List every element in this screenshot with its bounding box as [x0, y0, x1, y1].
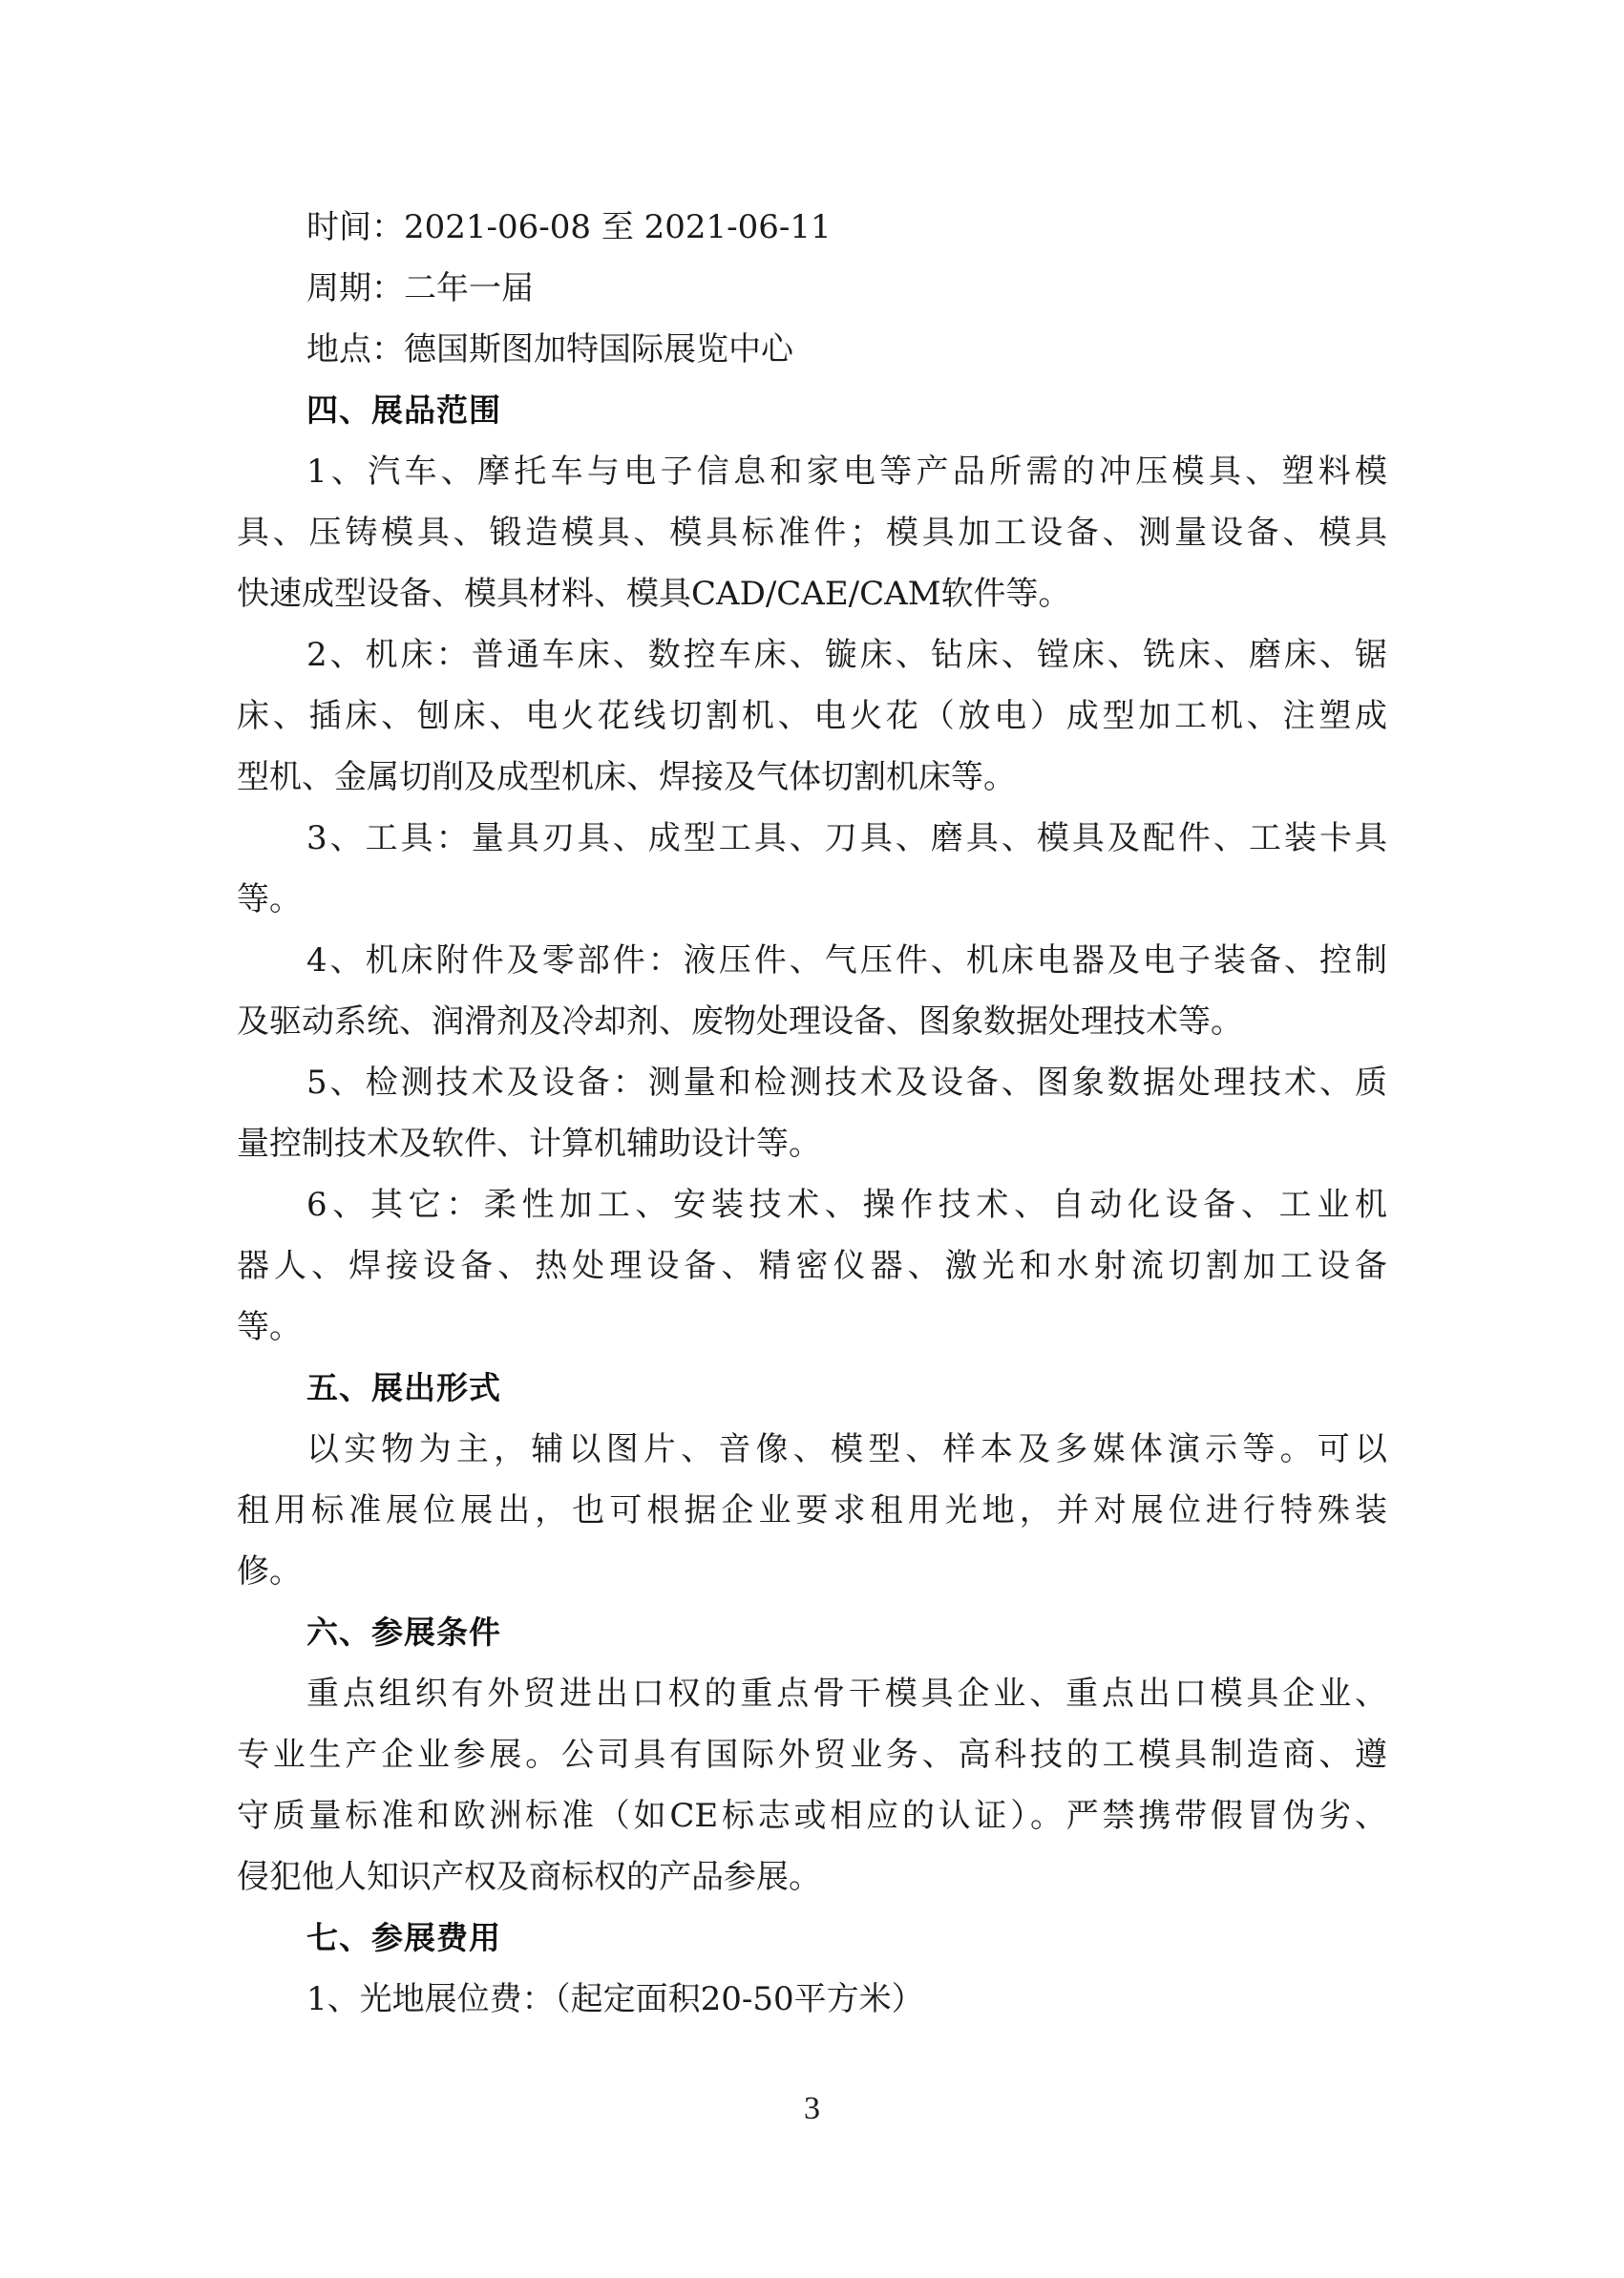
section-heading-exhibit-scope: 四、展品范围: [237, 380, 1387, 441]
paragraph-line: 守质量标准和欧洲标准（如CE标志或相应的认证）。严禁携带假冒伪劣、: [237, 1785, 1387, 1846]
paragraph-line: 侵犯他人知识产权及商标权的产品参展。: [237, 1846, 1387, 1908]
paragraph-line: 1、光地展位费：（起定面积20-50平方米）: [237, 1969, 1387, 2030]
event-time: 时间：2021-06-08 至 2021-06-11: [237, 197, 1387, 258]
paragraph-line: 1、汽车、摩托车与电子信息和家电等产品所需的冲压模具、塑料模: [237, 441, 1387, 502]
paragraph-line: 专业生产企业参展。公司具有国际外贸业务、高科技的工模具制造商、遵: [237, 1724, 1387, 1785]
paragraph-line: 2、机床：普通车床、数控车床、镟床、钻床、镗床、铣床、磨床、锯: [237, 624, 1387, 686]
page-number: 3: [0, 2091, 1624, 2127]
paragraph-line: 重点组织有外贸进出口权的重点骨干模具企业、重点出口模具企业、: [237, 1663, 1387, 1724]
paragraph-line: 5、检测技术及设备：测量和检测技术及设备、图象数据处理技术、质: [237, 1052, 1387, 1113]
section-heading-participation-fees: 七、参展费用: [237, 1908, 1387, 1969]
paragraph-line: 以实物为主，辅以图片、音像、模型、样本及多媒体演示等。可以: [237, 1419, 1387, 1480]
paragraph-line: 具、压铸模具、锻造模具、模具标准件；模具加工设备、测量设备、模具: [237, 502, 1387, 563]
event-cycle: 周期：二年一届: [237, 258, 1387, 319]
paragraph-line: 及驱动系统、润滑剂及冷却剂、废物处理设备、图象数据处理技术等。: [237, 991, 1387, 1052]
event-location: 地点：德国斯图加特国际展览中心: [237, 319, 1387, 380]
paragraph-line: 等。: [237, 1297, 1387, 1358]
section-heading-exhibit-form: 五、展出形式: [237, 1358, 1387, 1419]
paragraph-line: 快速成型设备、模具材料、模具CAD/CAE/CAM软件等。: [237, 563, 1387, 624]
paragraph-line: 3、工具：量具刃具、成型工具、刀具、磨具、模具及配件、工装卡具: [237, 808, 1387, 869]
paragraph-line: 6、其它：柔性加工、安装技术、操作技术、自动化设备、工业机: [237, 1174, 1387, 1235]
paragraph-line: 型机、金属切削及成型机床、焊接及气体切割机床等。: [237, 747, 1387, 808]
paragraph-line: 量控制技术及软件、计算机辅助设计等。: [237, 1113, 1387, 1174]
paragraph-line: 器人、焊接设备、热处理设备、精密仪器、激光和水射流切割加工设备: [237, 1235, 1387, 1297]
paragraph-line: 修。: [237, 1541, 1387, 1602]
paragraph-line: 租用标准展位展出，也可根据企业要求租用光地，并对展位进行特殊装: [237, 1480, 1387, 1541]
document-page: 时间：2021-06-08 至 2021-06-11 周期：二年一届 地点：德国…: [0, 0, 1624, 2278]
paragraph-line: 床、插床、刨床、电火花线切割机、电火花（放电）成型加工机、注塑成: [237, 686, 1387, 747]
paragraph-line: 4、机床附件及零部件：液压件、气压件、机床电器及电子装备、控制: [237, 930, 1387, 991]
section-heading-participation-conditions: 六、参展条件: [237, 1602, 1387, 1663]
paragraph-line: 等。: [237, 869, 1387, 930]
